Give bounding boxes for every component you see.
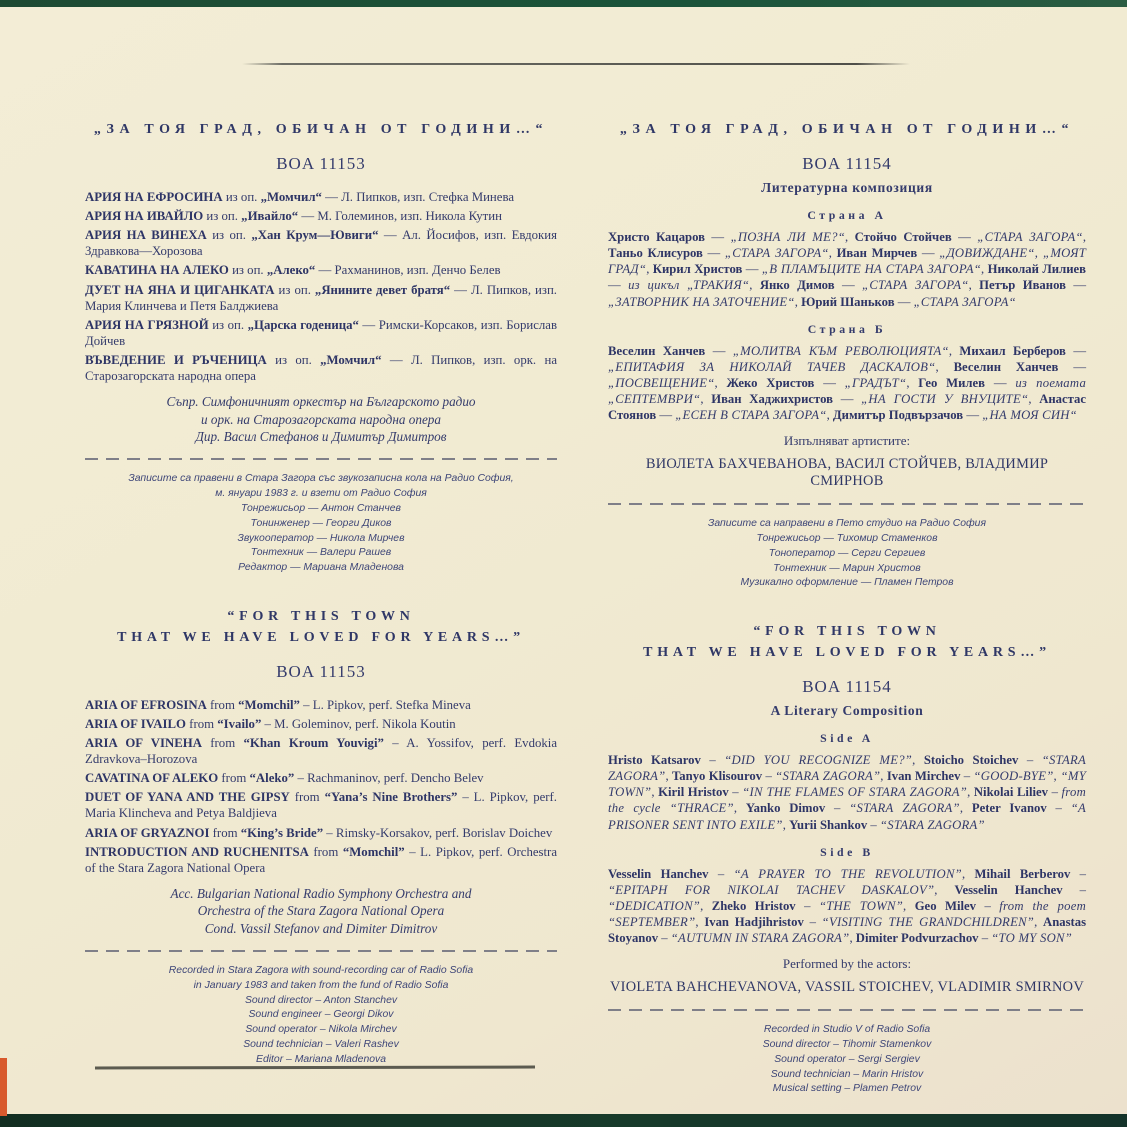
credit-line: Тоноператор — Серги Сергиев xyxy=(608,547,1086,562)
credit-line: Musical setting – Plamen Petrov xyxy=(608,1082,1086,1097)
text-segment: from xyxy=(209,826,240,840)
text-segment: “King’s Bride” xyxy=(241,826,323,840)
text-segment: , xyxy=(981,262,988,276)
dashed-divider xyxy=(608,503,1086,505)
text-segment: “DEDICATION” xyxy=(608,899,700,913)
text-segment: , xyxy=(903,899,915,913)
text-segment: – xyxy=(976,899,999,913)
text-segment: “Momchil” xyxy=(238,698,300,712)
text-segment: Веселин Ханчев xyxy=(608,344,705,358)
text-segment: – M. Goleminov, perf. Nikola Koutin xyxy=(261,717,455,731)
text-segment: – xyxy=(804,915,822,929)
text-segment: “Ivailo” xyxy=(217,717,261,731)
dashed-divider xyxy=(85,950,557,952)
text-segment: ARIA OF GRYAZNOI xyxy=(85,826,209,840)
text-segment: – xyxy=(658,931,671,945)
right-column: „ЗА ТОЯ ГРАД, ОБИЧАН ОТ ГОДИНИ…“ BOA 111… xyxy=(608,119,1086,1097)
text-segment: — xyxy=(1066,278,1086,292)
text-segment: „Янините девет братя“ xyxy=(315,283,450,297)
text-segment: „НА ГОСТИ У ВНУЦИТЕ“ xyxy=(861,392,1028,406)
text-segment: — xyxy=(835,278,862,292)
accompaniment-note-bulgarian: Съпр. Симфоничният оркестър на Българско… xyxy=(85,393,557,445)
track-row: ARIA OF VINEHA from “Khan Kroum Youvigi”… xyxy=(85,735,557,767)
text-segment: “Momchil” xyxy=(343,845,405,859)
text-segment: Стойчо Стойчев xyxy=(855,230,952,244)
text-segment: – xyxy=(867,818,880,832)
text-segment: from xyxy=(202,736,244,750)
side-b-program-bulgarian: Веселин Ханчев — „МОЛИТВА КЪМ РЕВОЛЮЦИЯТ… xyxy=(608,343,1086,424)
text-segment: – xyxy=(709,867,734,881)
text-segment: Янко Димов xyxy=(760,278,835,292)
recording-credits-bulgarian-right: Записите са направени в Пето студио на Р… xyxy=(608,517,1086,591)
text-segment: “STARA ZAGORA” xyxy=(775,769,880,783)
crease-line-top xyxy=(242,63,910,65)
left-column: „ЗА ТОЯ ГРАД, ОБИЧАН ОТ ГОДИНИ…“ BOA 111… xyxy=(85,119,557,1068)
text-segment: — xyxy=(705,344,733,358)
text-segment: – Rachmaninov, perf. Dencho Belev xyxy=(294,771,483,785)
text-segment: Hristo Katsarov xyxy=(608,753,701,767)
background-strip-bottom xyxy=(0,1114,1127,1127)
text-segment: Кирил Христов xyxy=(653,262,743,276)
side-b-header-english: Side B xyxy=(608,845,1086,860)
track-row: КАВАТИНА НА АЛЕКО из оп. „Алеко“ — Рахма… xyxy=(85,262,557,278)
text-segment: — xyxy=(742,262,762,276)
text-segment: „В ПЛАМЪЦИТЕ НА СТАРА ЗАГОРА“ xyxy=(762,262,981,276)
text-segment: Гео Милев xyxy=(918,376,985,390)
text-segment: ARIA OF IVAILO xyxy=(85,717,186,731)
text-segment: — xyxy=(952,230,978,244)
text-segment: — xyxy=(1066,344,1086,358)
credit-line: Sound director – Anton Stanchev xyxy=(85,994,557,1009)
text-segment: from xyxy=(309,845,343,859)
text-segment: КАВАТИНА НА АЛЕКО xyxy=(85,263,229,277)
record-sleeve-back: „ЗА ТОЯ ГРАД, ОБИЧАН ОТ ГОДИНИ…“ BOA 111… xyxy=(0,7,1127,1115)
text-segment: “IN THE FLAMES OF STARA ZAGORA” xyxy=(742,785,967,799)
text-segment: „ГРАДЪТ“ xyxy=(845,376,907,390)
text-segment: – xyxy=(729,785,743,799)
text-segment: — xyxy=(895,295,914,309)
text-segment: – xyxy=(825,801,849,815)
text-segment: “THE TOWN” xyxy=(819,899,903,913)
text-segment: из оп. xyxy=(203,209,241,223)
text-segment: „ЕСЕН В СТАРА ЗАГОРА“ xyxy=(675,408,826,422)
text-segment: Веселин Ханчев xyxy=(954,360,1059,374)
text-segment: „Царска годеница“ xyxy=(248,318,359,332)
credit-line: Recorded in Studio V of Radio Sofia xyxy=(608,1023,1086,1038)
text-segment: — xyxy=(985,376,1015,390)
text-segment: , xyxy=(912,753,924,767)
side-b-header-bulgarian: Страна Б xyxy=(608,322,1086,337)
text-segment: „Ивайло“ xyxy=(241,209,298,223)
credit-line: м. януари 1983 г. и взети от Радио София xyxy=(85,487,557,502)
side-a-header-bulgarian: Страна А xyxy=(608,208,1086,223)
track-row: АРИЯ НА ГРЯЗНОЙ из оп. „Царска годеница“… xyxy=(85,317,557,349)
recording-credits-bulgarian-left: Записите са правени в Стара Загора със з… xyxy=(85,472,557,575)
album-title-english-line2: THAT WE HAVE LOVED FOR YEARS…” xyxy=(608,642,1086,663)
performers-label-english: Performed by the actors: xyxy=(608,956,1086,972)
text-segment: Петър Иванов xyxy=(979,278,1066,292)
catalog-number-left-english: BOA 11153 xyxy=(85,662,557,682)
text-segment: , xyxy=(962,867,975,881)
text-segment: , xyxy=(906,376,918,390)
text-segment: Христо Кацаров xyxy=(608,230,705,244)
accompaniment-line: Съпр. Симфоничният оркестър на Българско… xyxy=(85,393,557,410)
text-segment: “Yana’s Nine Brothers” xyxy=(325,790,458,804)
text-segment: , xyxy=(1028,392,1039,406)
text-segment: , xyxy=(967,785,974,799)
text-segment: Tanyo Klisourov xyxy=(672,769,762,783)
text-segment: , xyxy=(935,360,953,374)
text-segment: Таньо Клисуров xyxy=(608,246,703,260)
text-segment: из оп. xyxy=(275,283,315,297)
text-segment: Юрий Шаньков xyxy=(801,295,894,309)
text-segment: — xyxy=(833,392,861,406)
text-segment: „ЗАТВОРНИК НА ЗАТОЧЕНИЕ“ xyxy=(608,295,795,309)
credit-line: Редактор — Мариана Младенова xyxy=(85,561,557,576)
text-segment: — xyxy=(705,230,731,244)
credit-line: Записите са направени в Пето студио на Р… xyxy=(608,517,1086,532)
side-a-program-english: Hristo Katsarov – “DID YOU RECOGNIZE ME?… xyxy=(608,752,1086,833)
text-segment: Михаил Берберов xyxy=(959,344,1065,358)
catalog-number-right: BOA 11154 xyxy=(608,154,1086,174)
text-segment: „ПОСВЕЩЕНИЕ“ xyxy=(608,376,715,390)
subtitle-bulgarian: Литературна композиция xyxy=(608,180,1086,196)
text-segment: АРИЯ НА ЕФРОСИНА xyxy=(85,190,223,204)
credit-line: Editor – Mariana Mladenova xyxy=(85,1053,557,1068)
album-title-bulgarian-right: „ЗА ТОЯ ГРАД, ОБИЧАН ОТ ГОДИНИ…“ xyxy=(608,119,1086,140)
text-segment: , xyxy=(934,883,954,897)
text-segment: ARIA OF VINEHA xyxy=(85,736,202,750)
orange-edge-strip xyxy=(0,1058,7,1116)
text-segment: Ivan Hadjihristov xyxy=(704,915,804,929)
text-segment: — xyxy=(814,376,844,390)
text-segment: из оп. xyxy=(207,228,252,242)
credit-line: Тонтехник — Марин Христов xyxy=(608,562,1086,577)
background-strip-top xyxy=(0,0,1127,7)
text-segment: Vesselin Hanchev xyxy=(608,867,709,881)
text-segment: — xyxy=(608,278,628,292)
text-segment: – xyxy=(762,769,775,783)
text-segment: INTRODUCTION AND RUCHENITSA xyxy=(85,845,309,859)
track-row: АРИЯ НА ВИНЕХА из оп. „Хан Крум—Ювиги“ —… xyxy=(85,227,557,259)
credit-line: Sound operator – Nikola Mirchev xyxy=(85,1023,557,1038)
text-segment: , xyxy=(646,262,653,276)
text-segment: из оп. xyxy=(229,263,267,277)
text-segment: , xyxy=(700,899,712,913)
credit-line: in January 1983 and taken from the fund … xyxy=(85,979,557,994)
credit-line: Sound director – Tihomir Stamenkov xyxy=(608,1038,1086,1053)
text-segment: Димитър Подвързачов xyxy=(833,408,963,422)
text-segment: “STARA ZAGORA” xyxy=(849,801,960,815)
text-segment: Ivan Mirchev xyxy=(887,769,961,783)
album-title-english-line1: “FOR THIS TOWN xyxy=(85,606,557,627)
text-segment: – L. Pipkov, perf. Stefka Mineva xyxy=(300,698,471,712)
text-segment: – xyxy=(979,931,992,945)
accompaniment-note-english: Acc. Bulgarian National Radio Symphony O… xyxy=(85,885,557,937)
text-segment: — xyxy=(1058,360,1086,374)
performers-names-bulgarian: ВИОЛЕТА БАХЧЕВАНОВА, ВАСИЛ СТОЙЧЕВ, ВЛАД… xyxy=(608,456,1086,490)
catalog-number-left: BOA 11153 xyxy=(85,154,557,174)
text-segment: CAVATINA OF ALEKO xyxy=(85,771,218,785)
text-segment: Kiril Hristov xyxy=(658,785,729,799)
text-segment: Geo Milev xyxy=(915,899,976,913)
text-segment: Mihail Berberov xyxy=(975,867,1071,881)
text-segment: „Момчил“ xyxy=(261,190,322,204)
text-segment: , xyxy=(960,801,972,815)
text-segment: „НА МОЯ СИН“ xyxy=(982,408,1077,422)
text-segment: – xyxy=(1070,867,1086,881)
text-segment: Nikolai Liliev xyxy=(974,785,1048,799)
text-segment: , xyxy=(749,278,760,292)
text-segment: Vesselin Hanchev xyxy=(954,883,1062,897)
text-segment: — xyxy=(917,246,939,260)
text-segment: из оп. xyxy=(223,190,261,204)
text-segment: “DID YOU RECOGNIZE ME?” xyxy=(724,753,912,767)
side-a-program-bulgarian: Христо Кацаров — „ПОЗНА ЛИ МЕ?“, Стойчо … xyxy=(608,229,1086,310)
album-title-english-line1: “FOR THIS TOWN xyxy=(608,621,1086,642)
text-segment: DUET OF YANA AND THE GIPSY xyxy=(85,790,290,804)
credit-line: Тонрежисьор — Тихомир Стаменков xyxy=(608,532,1086,547)
text-segment: – xyxy=(1063,883,1086,897)
text-segment: „СТАРА ЗАГОРА“ xyxy=(862,278,969,292)
text-segment: “AUTUMN IN STARA ZAGORA” xyxy=(671,931,850,945)
text-segment: — Л. Пипков, изп. Стефка Минева xyxy=(322,190,514,204)
credit-line: Recorded in Stara Zagora with sound-reco… xyxy=(85,964,557,979)
recording-credits-english-left: Recorded in Stara Zagora with sound-reco… xyxy=(85,964,557,1067)
subtitle-english: A Literary Composition xyxy=(608,703,1086,719)
accompaniment-line: и орк. на Старозагорската народна опера xyxy=(85,411,557,428)
text-segment: Николай Лилиев xyxy=(988,262,1086,276)
side-b-program-english: Vesselin Hanchev – “A PRAYER TO THE REVO… xyxy=(608,866,1086,947)
text-segment: “A PRAYER TO THE REVOLUTION” xyxy=(734,867,962,881)
text-segment: – xyxy=(1018,753,1041,767)
text-segment: Stoicho Stoichev xyxy=(924,753,1019,767)
track-row: ARIA OF EFROSINA from “Momchil” – L. Pip… xyxy=(85,697,557,713)
text-segment: „Алеко“ xyxy=(267,263,316,277)
text-segment: “Khan Kroum Youvigi” xyxy=(244,736,384,750)
text-segment: — xyxy=(703,246,725,260)
text-segment: ДУЕТ НА ЯНА И ЦИГАНКАТА xyxy=(85,283,275,297)
credit-line: Sound engineer – Georgi Dikov xyxy=(85,1008,557,1023)
text-segment: , xyxy=(695,915,704,929)
credit-line: Тонинженер — Георги Диков xyxy=(85,517,557,532)
track-row: ARIA OF GRYAZNOI from “King’s Bride” – R… xyxy=(85,825,557,841)
track-row: АРИЯ НА ЕФРОСИНА из оп. „Момчил“ — Л. Пи… xyxy=(85,189,557,205)
text-segment: Yurii Shankov xyxy=(789,818,867,832)
credit-line: Музикално оформление — Пламен Петров xyxy=(608,576,1086,591)
text-segment: Иван Хаджихристов xyxy=(711,392,833,406)
text-segment: „ЕПИТАФИЯ ЗА НИКОЛАЙ ТАЧЕВ ДАСКАЛОВ“ xyxy=(608,360,935,374)
text-segment: “EPITAPH FOR NIKOLAI TACHEV DASKALOV” xyxy=(608,883,934,897)
credit-line: Записите са правени в Стара Загора със з… xyxy=(85,472,557,487)
text-segment: — xyxy=(656,408,675,422)
text-segment: „СТАРА ЗАГОРА“ xyxy=(977,230,1083,244)
side-a-header-english: Side A xyxy=(608,731,1086,746)
text-segment: „Хан Крум—Ювиги“ xyxy=(251,228,378,242)
text-segment: АРИЯ НА ГРЯЗНОЙ xyxy=(85,318,209,332)
text-segment: Zheko Hristov xyxy=(712,899,796,913)
dashed-divider xyxy=(85,458,557,460)
performers-label-bulgarian: Изпълняват артистите: xyxy=(608,433,1086,449)
track-row: ВЪВЕДЕНИЕ И РЪЧЕНИЦА из оп. „Момчил“ — Л… xyxy=(85,352,557,384)
text-segment: – xyxy=(1047,801,1071,815)
text-segment: , xyxy=(700,392,711,406)
performers-names-english: VIOLETA BAHCHEVANOVA, VASSIL STOICHEV, V… xyxy=(608,979,1086,996)
text-segment: Жеко Христов xyxy=(726,376,814,390)
text-segment: АРИЯ НА ВИНЕХА xyxy=(85,228,207,242)
accompaniment-line: Acc. Bulgarian National Radio Symphony O… xyxy=(85,885,557,902)
text-segment: „СТАРА ЗАГОРА“ xyxy=(914,295,1016,309)
text-segment: , xyxy=(845,230,855,244)
text-segment: Dimiter Podvurzachov xyxy=(856,931,979,945)
text-segment: “TO MY SON” xyxy=(991,931,1072,945)
track-row: АРИЯ НА ИВАЙЛО из оп. „Ивайло“ — М. Голе… xyxy=(85,208,557,224)
credit-line: Тонтехник — Валери Рашев xyxy=(85,546,557,561)
text-segment: from xyxy=(207,698,238,712)
text-segment: Peter Ivanov xyxy=(972,801,1047,815)
credit-line: Тонрежисьор — Антон Станчев xyxy=(85,502,557,517)
text-segment: , xyxy=(1083,230,1086,244)
accompaniment-line: Orchestra of the Stara Zagora National O… xyxy=(85,902,557,919)
track-row: ДУЕТ НА ЯНА И ЦИГАНКАТА из оп. „Янините … xyxy=(85,282,557,314)
text-segment: , xyxy=(969,278,980,292)
text-segment: , xyxy=(734,801,746,815)
text-segment: “STARA ZAGORA” xyxy=(880,818,985,832)
text-segment: , xyxy=(829,246,837,260)
album-title-english-left: “FOR THIS TOWN THAT WE HAVE LOVED FOR YE… xyxy=(85,606,557,648)
text-segment: – xyxy=(960,769,973,783)
text-segment: “Aleko” xyxy=(250,771,295,785)
text-segment: “VISITING THE GRANDCHILDREN” xyxy=(822,915,1034,929)
credit-line: Sound technician – Valeri Rashev xyxy=(85,1038,557,1053)
text-segment: „МОЛИТВА КЪМ РЕВОЛЮЦИЯТА“ xyxy=(733,344,949,358)
text-segment: „ПОЗНА ЛИ МЕ?“ xyxy=(731,230,845,244)
text-segment: , xyxy=(1034,915,1043,929)
tracklist-bulgarian: АРИЯ НА ЕФРОСИНА из оп. „Момчил“ — Л. Пи… xyxy=(85,189,557,384)
catalog-number-right-english: BOA 11154 xyxy=(608,677,1086,697)
accompaniment-line: Cond. Vassil Stefanov and Dimiter Dimitr… xyxy=(85,920,557,937)
accompaniment-line: Дир. Васил Стефанов и Димитър Димитров xyxy=(85,428,557,445)
text-segment: из цикъл „ТРАКИЯ“ xyxy=(628,278,749,292)
text-segment: Yanko Dimov xyxy=(746,801,825,815)
text-segment: , xyxy=(949,344,960,358)
text-segment: – xyxy=(701,753,724,767)
track-row: DUET OF YANA AND THE GIPSY from “Yana’s … xyxy=(85,789,557,821)
text-segment: – Rimsky-Korsakov, perf. Borislav Doiche… xyxy=(323,826,552,840)
recording-credits-english-right: Recorded in Studio V of Radio SofiaSound… xyxy=(608,1023,1086,1097)
album-title-english-right: “FOR THIS TOWN THAT WE HAVE LOVED FOR YE… xyxy=(608,621,1086,663)
album-title-bulgarian-left: „ЗА ТОЯ ГРАД, ОБИЧАН ОТ ГОДИНИ…“ xyxy=(85,119,557,140)
dashed-divider xyxy=(608,1009,1086,1011)
text-segment: from xyxy=(290,790,325,804)
credit-line: Sound technician – Marin Hristov xyxy=(608,1068,1086,1083)
credit-line: Звукооператор — Никола Мирчев xyxy=(85,532,557,547)
text-segment: — xyxy=(963,408,982,422)
text-segment: Иван Мирчев xyxy=(837,246,918,260)
album-title-english-line2: THAT WE HAVE LOVED FOR YEARS…” xyxy=(85,627,557,648)
text-segment: из оп. xyxy=(267,353,320,367)
tracklist-english: ARIA OF EFROSINA from “Momchil” – L. Pip… xyxy=(85,697,557,876)
text-segment: ARIA OF EFROSINA xyxy=(85,698,207,712)
text-segment: — М. Големинов, изп. Никола Кутин xyxy=(298,209,502,223)
text-segment: АРИЯ НА ИВАЙЛО xyxy=(85,209,203,223)
text-segment: – xyxy=(1048,785,1062,799)
track-row: ARIA OF IVAILO from “Ivailo” – M. Golemi… xyxy=(85,716,557,732)
text-segment: „СТАРА ЗАГОРА“ xyxy=(725,246,829,260)
text-segment: ВЪВЕДЕНИЕ И РЪЧЕНИЦА xyxy=(85,353,267,367)
text-segment: , xyxy=(715,376,727,390)
text-segment: из оп. xyxy=(209,318,248,332)
text-segment: „Момчил“ xyxy=(320,353,381,367)
track-row: INTRODUCTION AND RUCHENITSA from “Momchi… xyxy=(85,844,557,876)
credit-line: Sound operator – Sergi Sergiev xyxy=(608,1053,1086,1068)
text-segment: from xyxy=(186,717,217,731)
track-row: CAVATINA OF ALEKO from “Aleko” – Rachman… xyxy=(85,770,557,786)
text-segment: – xyxy=(796,899,819,913)
text-segment: — Рахманинов, изп. Денчо Белев xyxy=(315,263,500,277)
text-segment: from xyxy=(218,771,249,785)
